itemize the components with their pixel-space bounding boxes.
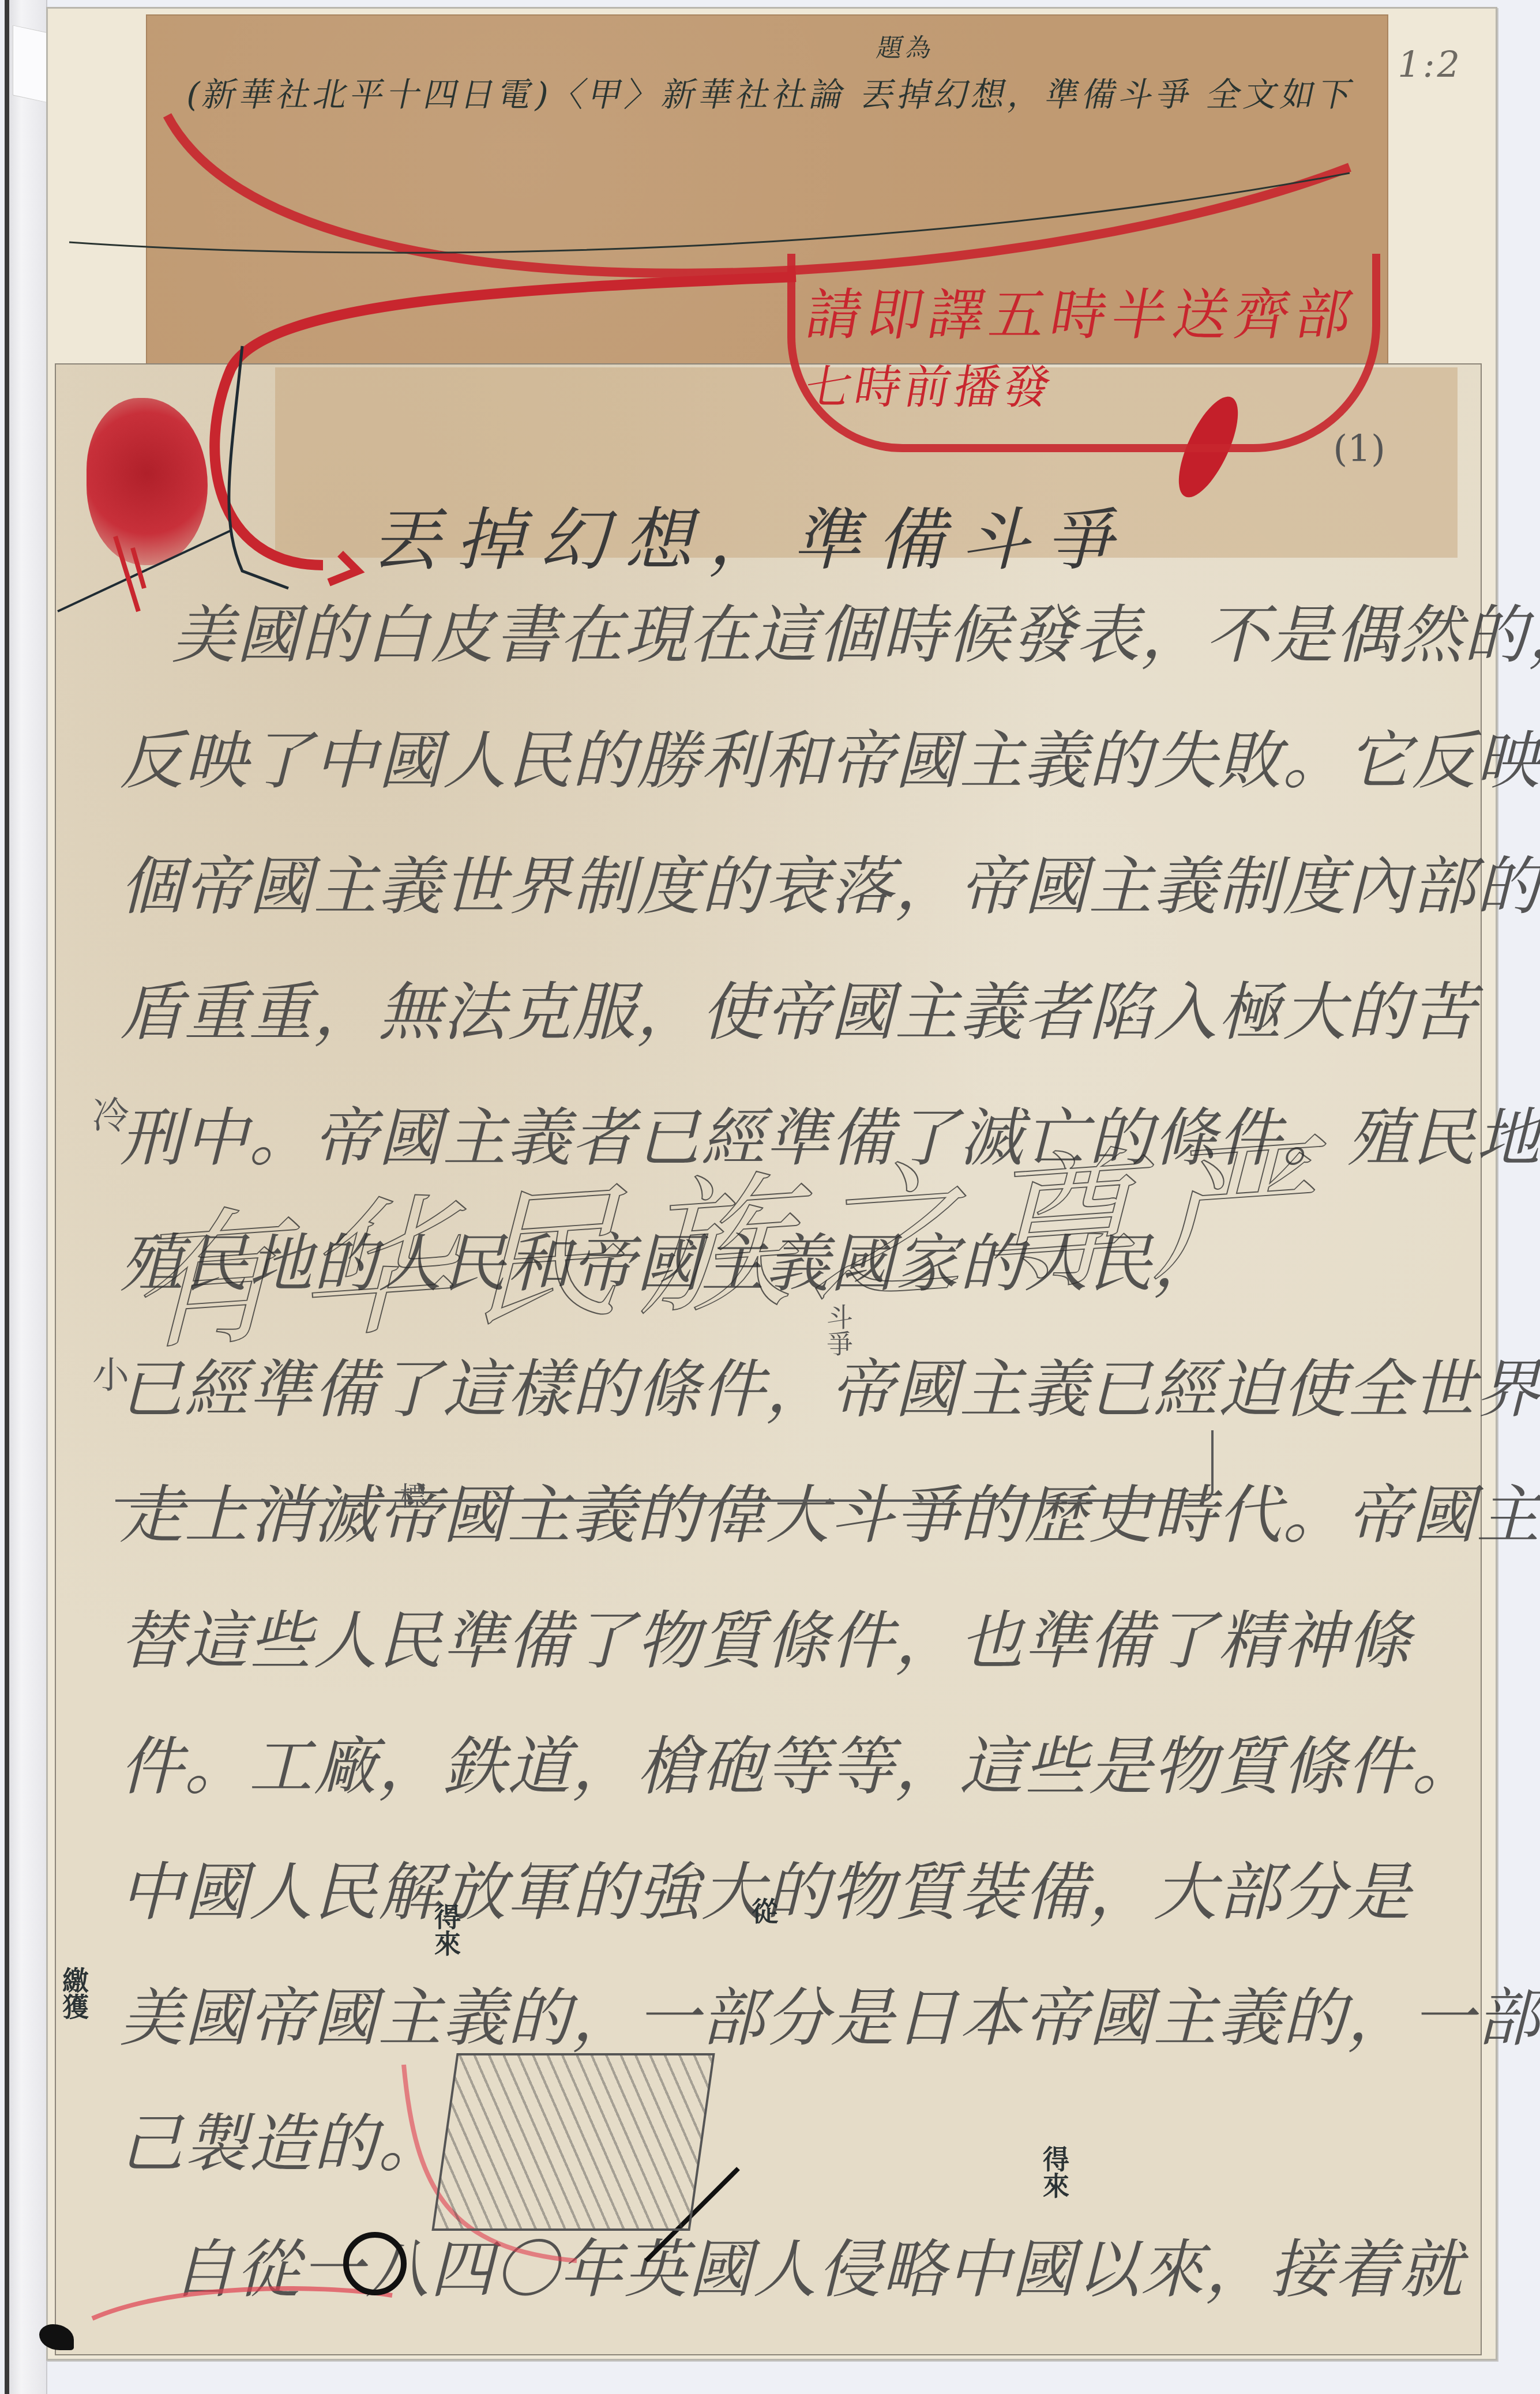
interlinear-annotation: 標 <box>392 1482 430 1509</box>
margin-note: 冷 <box>81 1096 134 1133</box>
deleted-text-box <box>431 2053 715 2231</box>
interlinear-annotation: 斗爭 <box>819 1303 857 1356</box>
circled-mark <box>343 2232 407 2295</box>
interlinear-annotation: 得來 <box>1035 2145 1073 2198</box>
margin-note: 小 <box>81 1355 134 1392</box>
interlinear-annotation: 從 <box>744 1897 782 1924</box>
interlinear-annotation: 得來 <box>427 1903 465 1956</box>
interlinear-annotation: 繳獲 <box>55 1967 93 2020</box>
insertion-bracket <box>115 1430 1214 1502</box>
routing-arrows <box>0 0 1540 2394</box>
